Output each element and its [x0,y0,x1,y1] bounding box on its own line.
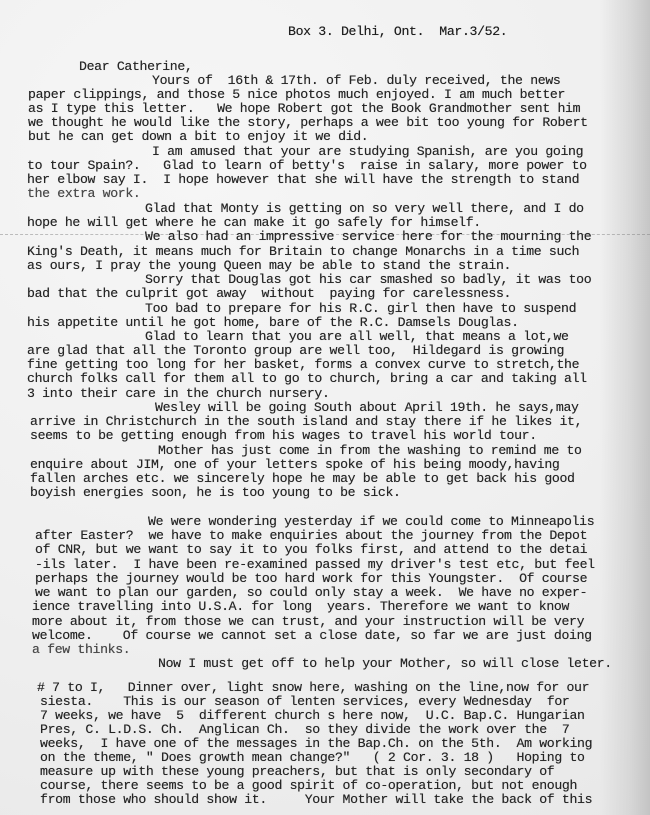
postscript-line: # 7 to I, Dinner over, light snow here, … [37,680,589,695]
body-line: seems to be getting enough from his wage… [30,428,537,443]
body-line: a few thinks. [32,642,130,657]
body-line: his appetite until he got home, bare of … [27,315,519,330]
address-date-line: Box 3. Delhi, Ont. Mar.3/52. [288,24,507,39]
postscript-line: from those who should show it. Your Moth… [40,792,592,807]
body-line: perhaps the journey would be too hard wo… [35,571,587,586]
body-line: the extra work. [27,186,140,201]
body-line: boyish energies soon, he is too young to… [30,485,401,500]
body-line: fallen arches etc. we sincerely hope he … [30,471,575,486]
body-line: we thought he would like the story, perh… [28,115,588,130]
body-line: -ils later. I have been re-examined pass… [35,557,595,572]
body-line: as ours, I pray the young Queen may be a… [27,258,511,273]
body-line: after Easter? we have to make enquiries … [35,528,587,543]
body-line: but he can get down a bit to enjoy it we… [28,129,368,144]
postscript-line: measure up with these young preachers, b… [40,764,554,779]
body-line: Glad to learn that you are all well, tha… [145,329,569,344]
body-line: I am amused that your are studying Spani… [152,144,583,159]
body-line: King's Death, it means much for Britain … [27,244,579,259]
body-line: paper clippings, and those 5 nice photos… [28,87,565,102]
body-line: ience travelling into U.S.A. for long ye… [32,599,569,614]
body-line: church folks call for them all to go to … [27,371,587,386]
postscript-line: 7 weeks, we have 5 different church s he… [40,708,585,723]
body-line: we want to plan our garden, so could onl… [35,585,587,600]
body-line: Too bad to prepare for his R.C. girl the… [145,301,576,316]
body-line: are glad that all the Toronto group are … [27,343,564,358]
body-line: Wesley will be going South about April 1… [155,400,579,415]
body-line: We were wondering yesterday if we could … [148,514,594,529]
postscript-line: weeks, I have one of the messages in the… [40,736,592,751]
body-line: of CNR, but we want to say it to you fol… [35,542,587,557]
body-line: bad that the culprit got away without pa… [27,286,511,301]
body-line: her elbow say I. I hope however that she… [27,172,579,187]
body-line: hope he will get where he can make it go… [27,215,481,230]
body-line: We also had an impressive service here f… [145,229,591,244]
body-line: Now I must get off to help your Mother, … [158,656,612,671]
letter-page: Box 3. Delhi, Ont. Mar.3/52. Dear Cather… [0,0,650,815]
postscript-line: course, there seems to be a good spirit … [40,778,577,793]
body-line: as I type this letter. We hope Robert go… [28,101,580,116]
body-line: to tour Spain?. Glad to learn of betty's… [27,158,587,173]
body-line: enquire about JIM, one of your letters s… [30,457,559,472]
body-line: Sorry that Douglas got his car smashed s… [145,272,591,287]
body-line: welcome. Of course we cannot set a close… [32,628,592,643]
postscript-line: Pres, C. L.D.S. Ch. Anglican Ch. so they… [40,722,569,737]
body-line: Yours of 16th & 17th. of Feb. duly recei… [152,73,560,88]
body-line: fine getting too long for her basket, fo… [27,357,579,372]
body-line: more about it, from those we can trust, … [32,614,584,629]
postscript-line: siesta. This is our season of lenten ser… [40,694,569,709]
body-line: arrive in Christchurch in the south isla… [30,414,582,429]
body-line: Glad that Monty is getting on so very we… [145,201,584,216]
postscript-line: on the theme, " Does growth mean change?… [40,750,585,765]
salutation: Dear Catherine, [79,59,192,74]
body-line: Mother has just come in from the washing… [158,443,582,458]
body-line: 3 into their care in the church nursery. [27,386,330,401]
